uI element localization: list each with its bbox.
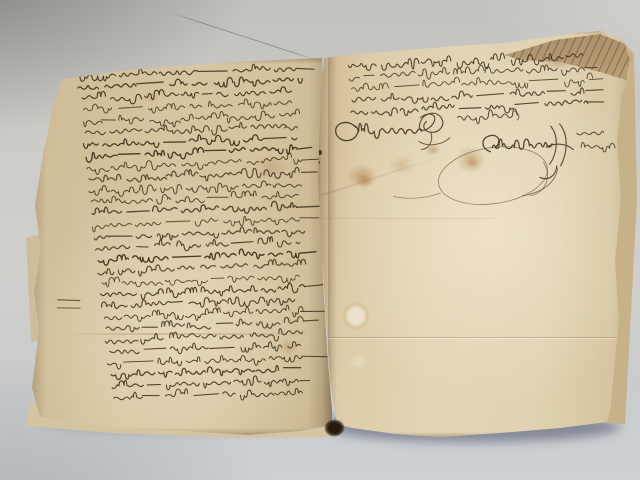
left-page — [32, 58, 332, 436]
oval-flourish — [392, 140, 552, 213]
manuscript-photo — [0, 0, 640, 480]
notary-abbreviation — [577, 131, 615, 153]
signature-1 — [335, 113, 450, 152]
signature-2 — [483, 124, 575, 197]
right-page — [316, 30, 638, 438]
